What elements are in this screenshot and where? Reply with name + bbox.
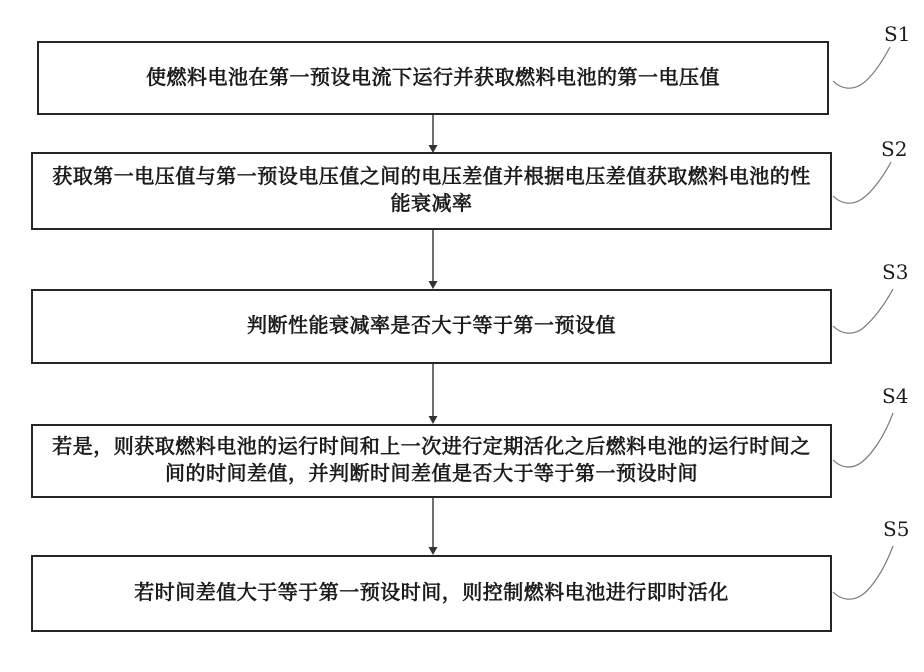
flow-step-4-text-line1: 若是，则获取燃料电池的运行时间和上一次进行定期活化之后燃料电池的运行时间之 (52, 434, 811, 461)
leader-line-s1 (833, 47, 890, 88)
flow-step-1: 使燃料电池在第一预设电流下运行并获取燃料电池的第一电压值 (37, 41, 829, 115)
flow-step-2-text-line1: 获取第一电压值与第一预设电压值之间的电压差值并根据电压差值获取燃料电池的性 (52, 164, 811, 191)
leader-line-s5 (833, 546, 893, 599)
flow-step-3-text: 判断性能衰减率是否大于等于第一预设值 (247, 313, 616, 340)
flowchart-canvas: 使燃料电池在第一预设电流下运行并获取燃料电池的第一电压值 获取第一电压值与第一预… (0, 0, 924, 672)
step-label-s1: S1 (884, 23, 910, 45)
step-label-s3: S3 (882, 261, 908, 283)
flow-step-2: 获取第一电压值与第一预设电压值之间的电压差值并根据电压差值获取燃料电池的性 能衰… (31, 152, 832, 230)
flow-step-1-text: 使燃料电池在第一预设电流下运行并获取燃料电池的第一电压值 (146, 65, 720, 92)
flow-step-4: 若是，则获取燃料电池的运行时间和上一次进行定期活化之后燃料电池的运行时间之 间的… (31, 424, 832, 498)
flow-step-5: 若时间差值大于等于第一预设时间，则控制燃料电池进行即时活化 (31, 555, 832, 632)
flow-step-4-text-line2: 间的时间差值，并判断时间差值是否大于等于第一预设时间 (165, 461, 698, 488)
flow-arrow-4 (429, 498, 438, 555)
step-label-s5: S5 (883, 518, 909, 540)
flow-arrow-2 (429, 230, 438, 289)
flow-step-3: 判断性能衰减率是否大于等于第一预设值 (31, 289, 832, 364)
flow-arrow-3 (429, 364, 438, 424)
step-label-s2: S2 (881, 138, 907, 160)
flow-step-2-text-line2: 能衰减率 (391, 191, 473, 218)
leader-line-s3 (833, 289, 893, 333)
flow-step-5-text: 若时间差值大于等于第一预设时间，则控制燃料电池进行即时活化 (134, 580, 729, 607)
leader-line-s2 (833, 162, 891, 203)
step-label-s4: S4 (882, 385, 908, 407)
flow-arrow-1 (429, 115, 438, 153)
leader-line-s4 (833, 413, 893, 467)
